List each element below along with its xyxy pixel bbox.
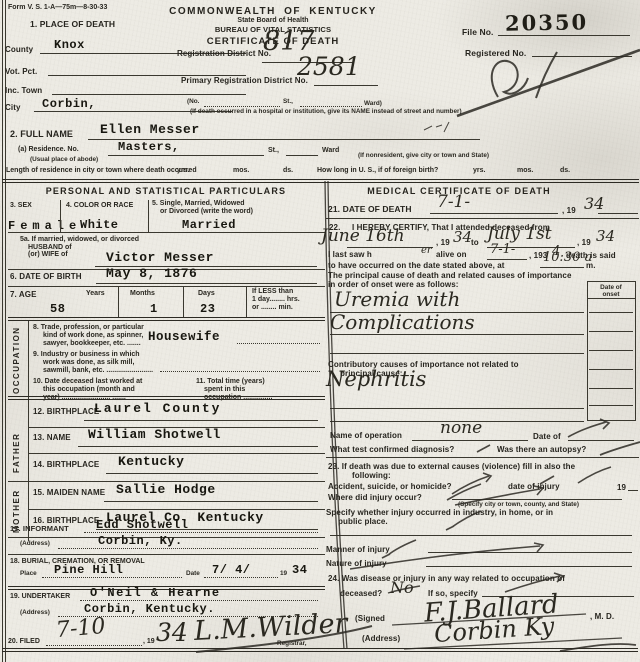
onset-header-1: Date of	[589, 284, 633, 291]
rule	[106, 473, 318, 474]
filed-year-label: , 19	[143, 638, 155, 645]
residence-value: Masters,	[118, 140, 180, 154]
county-value: Knox	[54, 38, 85, 52]
industry-label-1: 9. Industry or business in which	[33, 351, 140, 358]
ward-label: Ward)	[364, 100, 382, 107]
age-days-value: 23	[200, 302, 215, 316]
dotted-rule	[300, 106, 362, 107]
burial-place-value: Pine Hill	[54, 563, 123, 577]
rule	[314, 85, 378, 86]
operation-label: Name of operation	[330, 431, 402, 440]
column-divider-line	[148, 200, 149, 232]
dotted-rule	[204, 106, 280, 107]
burial-place-label: Place	[20, 570, 37, 577]
column-divider-line	[60, 200, 61, 232]
double-rule	[8, 396, 325, 400]
father-birthplace-label: 14. BIRTHPLACE	[33, 460, 99, 469]
onset-box-border	[587, 281, 588, 421]
residence-ward-label: Ward	[322, 147, 339, 154]
last-saw-text-2: alive on	[436, 250, 467, 259]
dotted-rule	[160, 371, 320, 372]
trade-label-1: 8. Trade, profession, or particular	[33, 324, 144, 331]
occupation-related-handwritten: No	[390, 578, 414, 597]
signed-label: (Signed	[355, 614, 385, 623]
year1-label: , 19	[436, 238, 450, 247]
full-name-label: 2. FULL NAME	[10, 129, 73, 139]
pen-flourish	[492, 61, 528, 97]
rule	[487, 259, 527, 260]
injury-year-label: 19	[617, 483, 626, 492]
rule	[326, 457, 639, 458]
dotted-rule	[204, 577, 278, 578]
dotted-rule	[237, 343, 320, 344]
mos2-label: mos.	[517, 167, 533, 174]
age-days-label: Days	[198, 290, 215, 297]
rule	[428, 552, 632, 553]
double-rule	[2, 179, 639, 183]
operation-handwritten: none	[440, 418, 482, 438]
where-injury-note: (Specify city or town, county, and State…	[458, 501, 579, 508]
age-years-value: 58	[50, 302, 65, 316]
age-label: 7. AGE	[10, 290, 37, 299]
date-of-death-year-label: , 19	[562, 206, 576, 215]
burial-date-value: 7/ 4/	[212, 563, 251, 577]
trade-label-3: sawyer, bookkeeper, etc. .......	[43, 340, 141, 347]
date-of-death-year-handwritten: 34	[584, 194, 604, 213]
spouse-value: Victor Messer	[106, 250, 214, 265]
rule	[587, 298, 635, 299]
contributory-handwritten: Nephritis	[326, 367, 426, 391]
specify-label-2: public place.	[338, 517, 388, 526]
rule	[589, 405, 633, 406]
occupation-side-label: OCCUPATION	[12, 324, 21, 396]
full-name-value: Ellen Messer	[100, 122, 200, 137]
column-divider-line	[246, 287, 247, 317]
occurred-text-1: to have occurred on the date stated abov…	[328, 261, 505, 270]
informant-address-value: Corbin, Ky.	[98, 534, 183, 548]
county-label: County	[5, 45, 33, 54]
last-worked-label-1: 10. Date deceased last worked at	[33, 378, 142, 385]
specify-label-1: Specify whether injury occurred in indus…	[326, 508, 553, 517]
rule	[452, 499, 622, 500]
marital-label-2: or Divorced (write the word)	[160, 208, 253, 215]
rule	[430, 213, 558, 214]
rule	[52, 94, 246, 95]
title-board: State Board of Health	[227, 17, 319, 24]
undertaker-label: 19. UNDERTAKER	[10, 593, 70, 600]
stray-scribble	[424, 122, 449, 132]
manner-of-injury-label: Manner of injury	[326, 545, 390, 554]
checkmark-icon	[600, 442, 640, 455]
rule	[412, 440, 528, 441]
accident-label: Accident, suicide, or homicide?	[328, 482, 452, 491]
form-number: Form V. S. 1-A—75m—8-30-33	[8, 4, 107, 11]
registrar-signature-handwritten: L.M.Wilder	[193, 608, 348, 647]
marital-label-1: 5. Single, Married, Widowed	[152, 200, 245, 207]
rule	[330, 535, 632, 536]
double-rule	[8, 317, 325, 321]
last-saw-handwritten-er: er	[421, 245, 432, 256]
city-value: Corbin,	[42, 97, 96, 111]
burial-date-label: Date	[186, 570, 200, 577]
age-less-label-2: 1 day........ hrs.	[252, 296, 300, 303]
total-time-label-1: 11. Total time (years)	[196, 378, 265, 385]
test-label: What test confirmed diagnosis?	[330, 445, 454, 454]
rule	[628, 490, 638, 491]
yrs-label: yrs.	[177, 167, 189, 174]
registration-district-label: Registration District No.	[177, 49, 271, 58]
injury-date-label: date of injury	[508, 482, 560, 491]
city-label: City	[5, 103, 21, 112]
marital-value: Married	[182, 218, 236, 232]
father-side-label: FATHER	[12, 430, 21, 476]
rule	[568, 440, 634, 441]
residence-street-label: St.,	[268, 147, 279, 154]
page-border-line	[2, 0, 3, 662]
spouse-label-2: HUSBAND of	[28, 244, 72, 251]
rule	[589, 312, 633, 313]
rule	[589, 369, 633, 370]
time-of-death-handwritten: 10:30 a	[543, 250, 592, 265]
rule	[330, 334, 584, 335]
hospital-note: (If death occurred in a hospital or inst…	[190, 108, 462, 115]
rule	[96, 283, 317, 284]
filed-label: 20. FILED	[8, 638, 40, 645]
ds2-label: ds.	[560, 167, 570, 174]
father-name-value: William Shotwell	[88, 427, 221, 442]
trade-value: Housewife	[148, 330, 220, 344]
primary-district-label: Primary Registration District No.	[181, 76, 308, 85]
column-divider-line	[118, 287, 119, 317]
rule	[426, 566, 632, 567]
age-less-label-1: If LESS than	[252, 288, 293, 295]
onset-box-border	[587, 420, 635, 421]
ds-label: ds.	[283, 167, 293, 174]
external-causes-label-1: 23. If death was due to external causes …	[328, 462, 575, 471]
where-injury-label: Where did injury occur?	[328, 493, 422, 502]
foreign-birth-label: How long in U. S., if of foreign birth?	[317, 167, 438, 174]
date-of-death-label: 21. DATE OF DEATH	[328, 204, 412, 214]
sex-value: Female	[8, 219, 81, 233]
mother-maiden-value: Sallie Hodge	[116, 482, 216, 497]
length-residence-label: Length of residence in city or town wher…	[6, 167, 197, 174]
rule	[330, 353, 584, 354]
residence-label: (a) Residence. No.	[18, 146, 79, 153]
year1-handwritten: 34	[453, 228, 472, 246]
race-label: 4. COLOR OR RACE	[66, 202, 133, 209]
age-months-value: 1	[150, 302, 158, 316]
pen-flourish-slash	[536, 52, 557, 98]
occupation-related-label-2: deceased?	[340, 589, 382, 598]
father-name-label: 13. NAME	[33, 433, 71, 442]
rule	[108, 155, 264, 156]
md-label: , M. D.	[590, 612, 614, 621]
father-birthplace-value: Kentucky	[118, 454, 184, 469]
street-label: St.,	[283, 98, 293, 105]
occurred-text-2: m.	[586, 261, 596, 270]
date-of-death-handwritten: 7-1-	[437, 192, 470, 212]
rule	[8, 554, 325, 555]
nature-of-injury-label: Nature of injury	[326, 559, 387, 568]
mos-label: mos.	[233, 167, 249, 174]
rule	[8, 286, 325, 287]
place-of-death-heading: 1. PLACE OF DEATH	[30, 19, 115, 29]
filed-year-handwritten: 34	[156, 618, 188, 647]
side-label-divider-line	[28, 321, 29, 541]
rule	[589, 388, 633, 389]
industry-label-2: work was done, as silk mill,	[43, 359, 134, 366]
dotted-rule	[46, 645, 142, 646]
rule	[598, 213, 638, 214]
rule	[104, 501, 318, 502]
trade-label-2: kind of work done, as spinner,	[43, 332, 143, 339]
rule	[326, 218, 639, 219]
total-time-label-2: spent in this	[204, 386, 245, 393]
arrow-stroke	[447, 484, 481, 500]
informant-address-label: (Address)	[20, 540, 50, 547]
burial-year-value: 34	[292, 563, 307, 577]
rule	[78, 446, 318, 447]
dotted-rule	[58, 548, 318, 549]
cause-of-death-handwritten-1: Uremia with	[334, 287, 460, 311]
onset-header-2: onset	[589, 291, 633, 298]
sex-label: 3. SEX	[10, 202, 32, 209]
file-no-label: File No.	[462, 27, 494, 37]
primary-district-handwritten: 2581	[297, 52, 361, 81]
undertaker-address-label: (Address)	[20, 609, 50, 616]
dob-value: May 8, 1876	[106, 266, 197, 281]
page-border-line	[5, 0, 6, 662]
undertaker-value: O'Neil & Hearne	[90, 586, 221, 600]
filed-date-handwritten: 7-10	[55, 614, 106, 643]
physician-address-label: (Address)	[362, 634, 400, 643]
last-saw-date-handwritten: 7-1-	[490, 242, 515, 257]
age-months-label: Months	[130, 290, 155, 297]
checkmark-icon	[578, 467, 611, 483]
dotted-rule	[84, 532, 318, 533]
cause-of-death-handwritten-2: Complications	[330, 310, 475, 334]
double-rule	[2, 648, 638, 652]
age-years-label: Years	[86, 290, 105, 297]
attended-to-handwritten: July 1st	[487, 224, 552, 244]
checkmark-icon	[477, 445, 490, 452]
rule	[540, 267, 584, 268]
death-certificate-scan: Form V. S. 1-A—75m—8-30-33 COMMONWEALTH …	[0, 0, 640, 662]
year2-label: , 19	[577, 238, 591, 247]
year2-handwritten: 34	[596, 227, 615, 245]
age-less-label-3: or ........ min.	[252, 304, 293, 311]
birthplace-value: Laurel County	[94, 401, 221, 416]
burial-year-label: 19	[280, 570, 287, 577]
spouse-label-1: 5a. If married, widowed, or divorced	[20, 236, 139, 243]
onset-box-border	[635, 281, 636, 421]
external-causes-label-2: following:	[352, 471, 391, 480]
dotted-rule	[80, 600, 318, 601]
yrs2-label: yrs.	[473, 167, 485, 174]
rule	[8, 232, 325, 233]
industry-label-3: sawmill, bank, etc. ....................…	[43, 367, 153, 374]
dob-label: 6. DATE OF BIRTH	[10, 272, 82, 281]
dotted-rule	[42, 577, 182, 578]
rule	[589, 331, 633, 332]
operation-date-label: Date of	[533, 432, 561, 441]
arrow-stroke	[452, 473, 491, 494]
attended-from-handwritten: June 16th	[321, 226, 405, 246]
nonresident-note: (If nonresident, give city or town and S…	[358, 152, 489, 159]
rule	[532, 56, 632, 57]
rule	[498, 35, 630, 36]
spouse-label-3: (or) WIFE of	[28, 251, 68, 258]
autopsy-label: Was there an autopsy?	[497, 445, 586, 454]
inc-town-label: Inc. Town	[5, 86, 42, 95]
vot-pct-label: Vot. Pct.	[5, 67, 37, 76]
birthplace-label: 12. BIRTHPLACE	[33, 407, 99, 416]
left-column-heading: PERSONAL AND STATISTICAL PARTICULARS	[40, 186, 292, 196]
informant-label: 17. INFORMANT	[10, 524, 69, 533]
file-no-stamp: 20350	[505, 9, 588, 35]
abode-note: (Usual place of abode)	[30, 156, 98, 163]
rule	[330, 408, 584, 409]
rule	[286, 155, 318, 156]
rule	[84, 420, 318, 421]
informant-value: Edd Shotwell	[96, 518, 188, 532]
title-commonwealth: COMMONWEALTH OF KENTUCKY	[168, 6, 378, 17]
principal-cause-text-1: The principal cause of death and related…	[328, 271, 572, 280]
last-saw-text-1: I last saw h	[328, 250, 372, 259]
to-label: to	[471, 238, 479, 247]
last-worked-label-2: this occupation (month and	[43, 386, 135, 393]
onset-box-border	[587, 281, 635, 282]
mother-maiden-label: 15. MAIDEN NAME	[33, 488, 105, 497]
diagonal-pen-stroke	[457, 50, 640, 116]
race-value: White	[80, 218, 119, 232]
rule	[589, 350, 633, 351]
occupation-related-label-1: 24. Was disease or injury in any way rel…	[328, 574, 565, 583]
column-divider-line	[183, 287, 184, 317]
street-no-label: (No.	[187, 98, 199, 105]
registered-no-label: Registered No.	[465, 48, 526, 58]
